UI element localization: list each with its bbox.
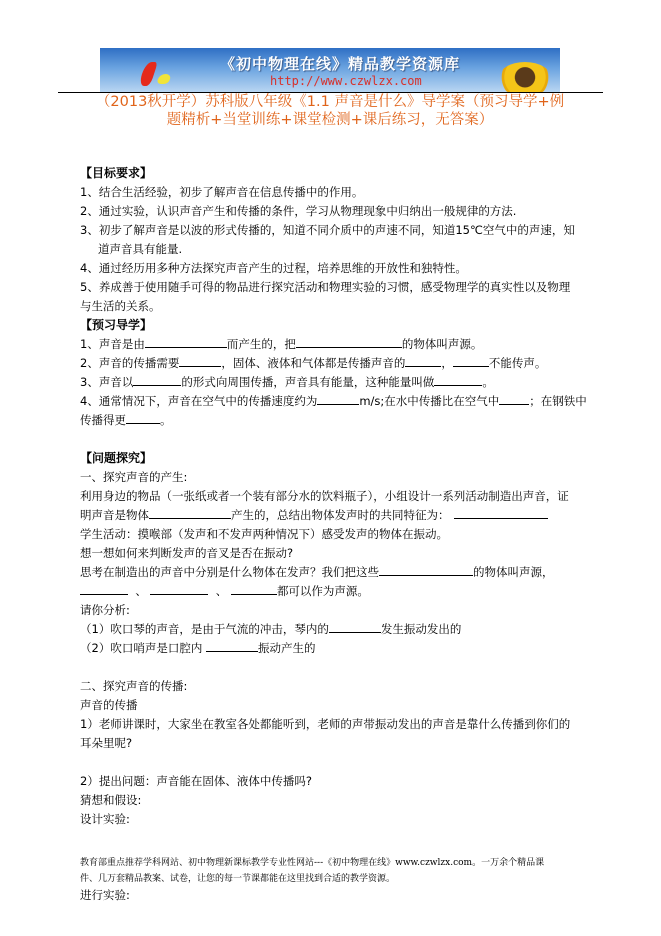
objective-item: 3、初步了解声音是以波的形式传播的，知道不同介质中的声速不同，知道15℃空气中的… [80, 221, 590, 240]
text: m/s;在水中传播比在空气中 [359, 394, 499, 408]
objective-item: 4、通过经历用多种方法探究声音产生的过程，培养思维的开放性和独特性。 [80, 259, 590, 278]
objective-item: 1、结合生活经验，初步了解声音在信息传播中的作用。 [80, 183, 590, 202]
fill-blank[interactable] [454, 506, 548, 519]
fill-blank[interactable] [329, 620, 381, 633]
logo-red-shape-icon [138, 62, 158, 86]
text: 的物体叫声源， [473, 565, 554, 579]
text: 4、通常情况下，声音在空气中的传播速度约为 [80, 394, 317, 408]
text: 的物体叫声源。 [402, 337, 483, 351]
text: 。 [482, 375, 494, 389]
text: 明声音是物体 [80, 508, 149, 522]
text: 的形式向周围传播，声音具有能量，这种能量叫做 [181, 375, 434, 389]
student-activity: 学生活动：摸喉部（发声和不发声两种情况下）感受发声的物体在振动。 [80, 525, 590, 544]
part1-text: 利用身边的物品（一张纸或者一个装有部分水的饮料瓶子），小组设计一系列活动制造出声… [80, 487, 590, 506]
fill-blank[interactable] [133, 373, 181, 386]
fill-blank[interactable] [499, 392, 529, 405]
design-label: 设计实验: [80, 810, 590, 829]
inquiry-heading: 【问题探究】 [80, 449, 590, 468]
spacer [80, 753, 590, 772]
sunflower-icon [498, 62, 552, 92]
think-question: 想一想如何来判断发声的音叉是否在振动? [80, 544, 590, 563]
text: 、 [216, 584, 228, 598]
text: 、 [135, 584, 147, 598]
text: 振动产生的 [258, 641, 316, 655]
solid-liquid-question: 2）提出问题：声音能在固体、液体中传播吗? [80, 772, 590, 791]
preview-heading: 【预习导学】 [80, 316, 590, 335]
fill-blank[interactable] [296, 335, 402, 348]
text: （1）吹口琴的声音，是由于气流的冲击，琴内的 [80, 622, 329, 636]
fill-blank[interactable] [150, 582, 208, 595]
analyze-label: 请你分析: [80, 601, 590, 620]
fill-blank[interactable] [149, 506, 231, 519]
preview-question-2: 2、声音的传播需要，固体、液体和气体都是传播声音的，不能传声。 [80, 354, 590, 373]
text: 传播得更 [80, 413, 126, 427]
footer-line-2: 件、几万套精品教案、试卷，让您的每一节课都能在这里找到合适的教学资源。 [80, 871, 590, 887]
text: 都可以作为声源。 [277, 584, 369, 598]
objective-item: 与生活的关系。 [80, 297, 590, 316]
teacher-question: 1）老师讲课时，大家坐在教室各处都能听到，老师的声带振动发出的声音是靠什么传播到… [80, 715, 590, 734]
consider-question: 思考在制造出的声音中分别是什么物体在发声？我们把这些的物体叫声源， [80, 563, 590, 582]
text: ，固体、液体和气体都是传播声音的 [221, 356, 405, 370]
objectives-heading: 【目标要求】 [80, 164, 590, 183]
banner-title: 《初中物理在线》精品教学资源库 [220, 53, 460, 74]
banner-url: http://www.czwlzx.com [270, 74, 422, 88]
text: 而产生的，把 [227, 337, 296, 351]
text: ， [441, 356, 453, 370]
objective-item: 道声音具有能量. [80, 240, 590, 259]
part2-title: 二、探究声音的传播: [80, 677, 590, 696]
text: （2）吹口哨声是口腔内 [80, 641, 202, 655]
fill-blank[interactable] [453, 354, 489, 367]
teacher-question-cont: 耳朵里呢? [80, 734, 590, 753]
footer-note: 教育部重点推荐学科网站、初中物理新课标教学专业性网站---《初中物理在线》www… [80, 855, 590, 887]
fill-blank[interactable] [80, 582, 128, 595]
text: 2、声音的传播需要 [80, 356, 179, 370]
logo-yellow-shape-icon [156, 74, 171, 84]
spacer [80, 658, 590, 677]
site-banner: 《初中物理在线》精品教学资源库 http://www.czwlzx.com [100, 48, 560, 92]
title-line-2: 题精析+当堂训练+课堂检测+课后练习，无答案） [60, 111, 600, 129]
text: 3、声音以 [80, 375, 133, 389]
text: 发生振动发出的 [381, 622, 462, 636]
objective-item: 2、通过实验，认识声音产生和传播的条件，学习从物理现象中归纳出一般规律的方法. [80, 202, 590, 221]
part1-text-cont: 明声音是物体产生的，总结出物体发声时的共同特征为： [80, 506, 590, 525]
analyze-item-1: （1）吹口琴的声音，是由于气流的冲击，琴内的发生振动发出的 [80, 620, 590, 639]
spacer [80, 430, 590, 449]
fill-blank[interactable] [317, 392, 359, 405]
document-body: 【目标要求】 1、结合生活经验，初步了解声音在信息传播中的作用。 2、通过实验，… [80, 164, 590, 905]
fill-blank[interactable] [145, 335, 227, 348]
fill-blank[interactable] [405, 354, 441, 367]
fill-blank[interactable] [434, 373, 482, 386]
text: ；在钢铁中 [529, 394, 587, 408]
propagation-label: 声音的传播 [80, 696, 590, 715]
footer-line-1: 教育部重点推荐学科网站、初中物理新课标教学专业性网站---《初中物理在线》www… [80, 855, 590, 871]
fill-blank[interactable] [379, 563, 473, 576]
objective-item: 5、养成善于使用随手可得的物品进行探究活动和物理实验的习惯，感受物理学的真实性以… [80, 278, 590, 297]
preview-question-1: 1、声音是由而产生的，把的物体叫声源。 [80, 335, 590, 354]
fill-blank[interactable] [206, 639, 258, 652]
text: 不能传声。 [489, 356, 547, 370]
text: 思考在制造出的声音中分别是什么物体在发声？我们把这些 [80, 565, 379, 579]
analyze-item-2: （2）吹口哨声是口腔内 振动产生的 [80, 639, 590, 658]
title-line-1: （2013秋开学）苏科版八年级《1.1 声音是什么》导学案（预习导学+例 [60, 93, 600, 111]
text: 。 [160, 413, 172, 427]
hypothesis-label: 猜想和假设: [80, 791, 590, 810]
preview-question-3: 3、声音以的形式向周围传播，声音具有能量，这种能量叫做。 [80, 373, 590, 392]
fill-blank[interactable] [231, 582, 277, 595]
fill-blank[interactable] [126, 411, 160, 424]
part1-title: 一、探究声音的产生: [80, 468, 590, 487]
text: 产生的，总结出物体发声时的共同特征为： [231, 508, 450, 522]
sound-sources-line: 、 、 都可以作为声源。 [80, 582, 590, 601]
text: 1、声音是由 [80, 337, 145, 351]
preview-question-4-cont: 传播得更。 [80, 411, 590, 430]
document-title: （2013秋开学）苏科版八年级《1.1 声音是什么》导学案（预习导学+例 题精析… [60, 93, 600, 129]
preview-question-4: 4、通常情况下，声音在空气中的传播速度约为m/s;在水中传播比在空气中；在钢铁中 [80, 392, 590, 411]
fill-blank[interactable] [179, 354, 221, 367]
conduct-label: 进行实验: [80, 886, 590, 905]
